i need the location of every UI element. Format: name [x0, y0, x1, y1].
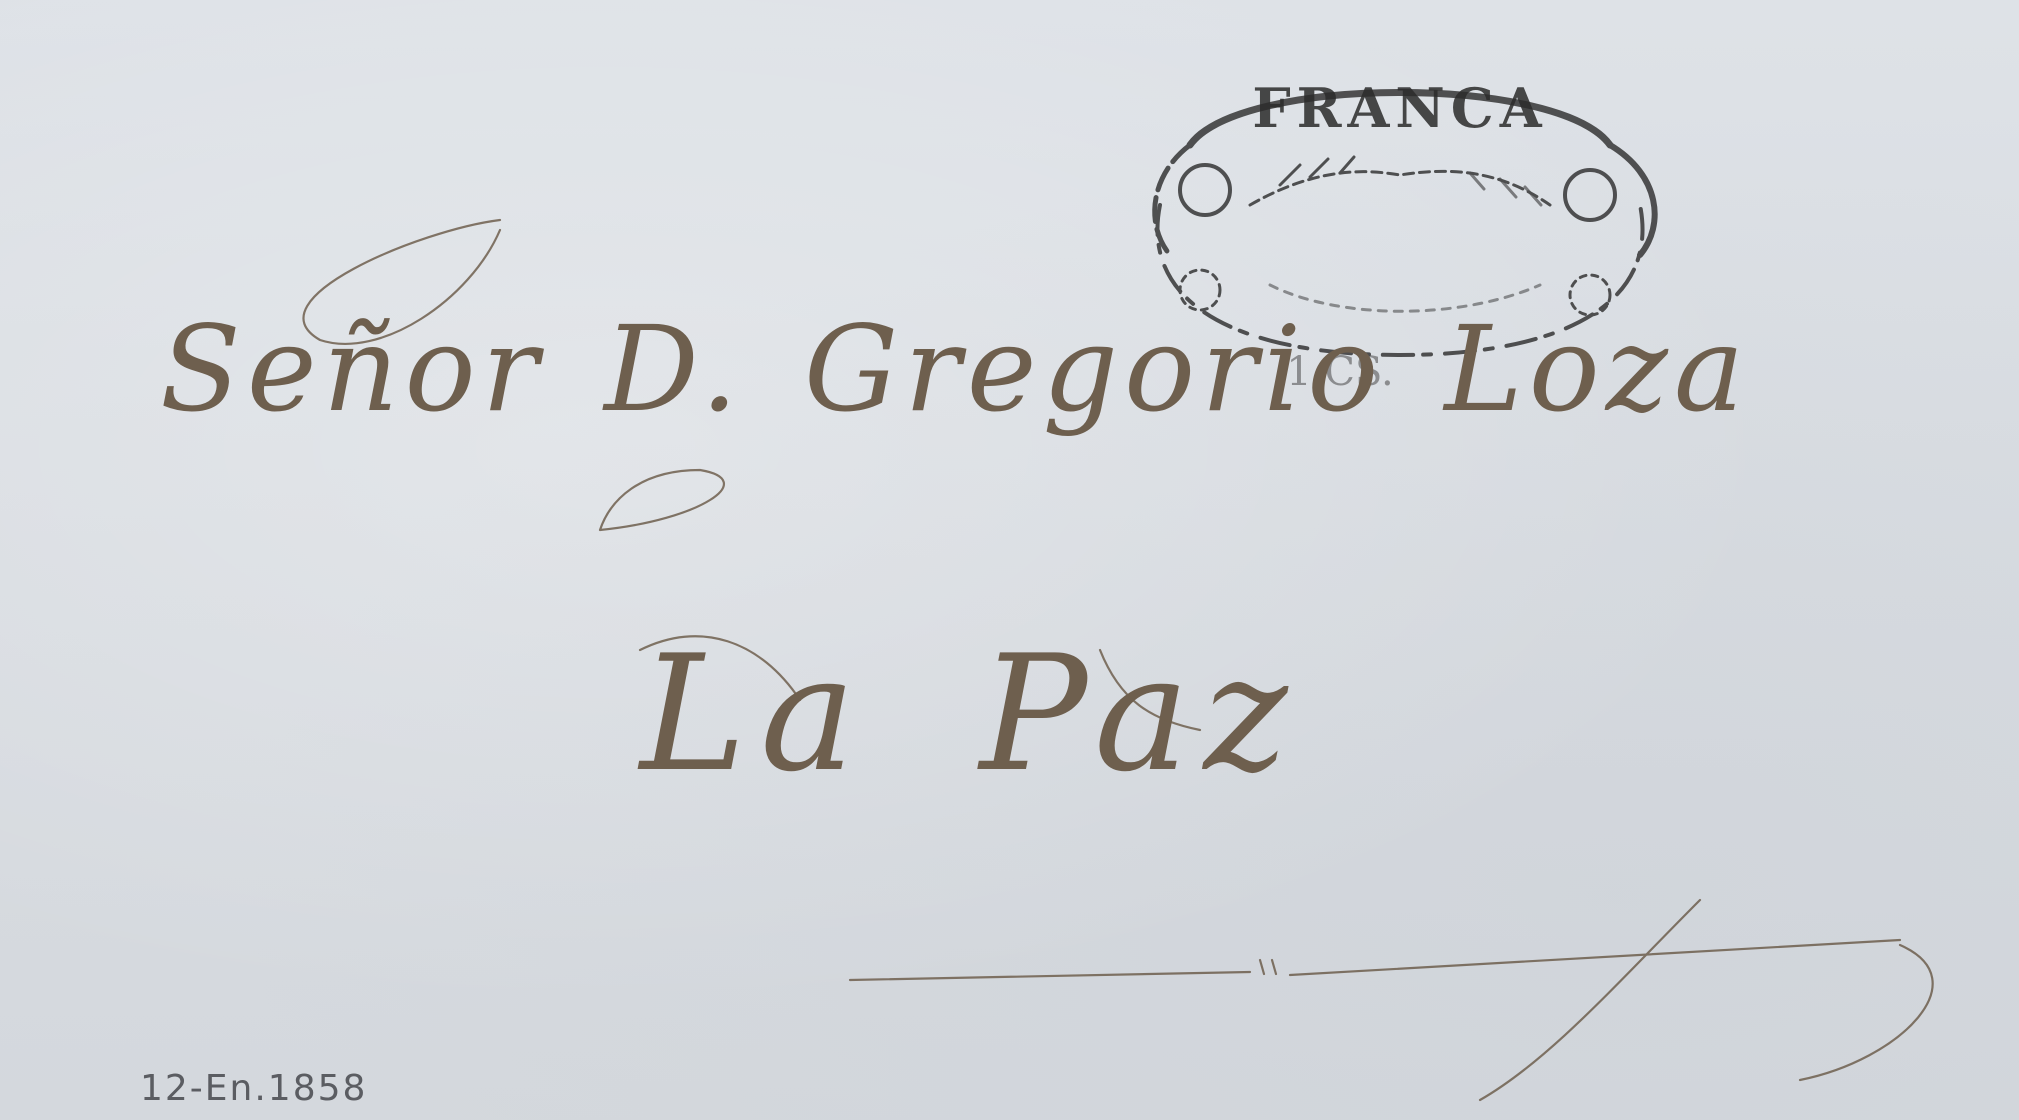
address-line-2: LaPaz — [640, 620, 1412, 807]
address-honorific: D. — [604, 300, 744, 438]
postmark-top-text: FRANCA — [1252, 76, 1547, 140]
address-city-part-1: La — [640, 620, 870, 807]
address-surname: Loza — [1444, 300, 1750, 438]
address-title: Señor — [160, 300, 544, 438]
address-city-part-2: Paz — [980, 620, 1302, 807]
calligraphic-flourishes — [0, 0, 2019, 1120]
address-line-1: SeñorD.GregorioLoza — [160, 300, 1810, 438]
pencil-date-annotation: 12-En.1858 — [140, 1068, 367, 1109]
envelope: FRANCA 1 CS. SeñorD.GregorioLoza LaPaz 1… — [0, 0, 2019, 1120]
address-first-name: Gregorio — [804, 300, 1384, 438]
